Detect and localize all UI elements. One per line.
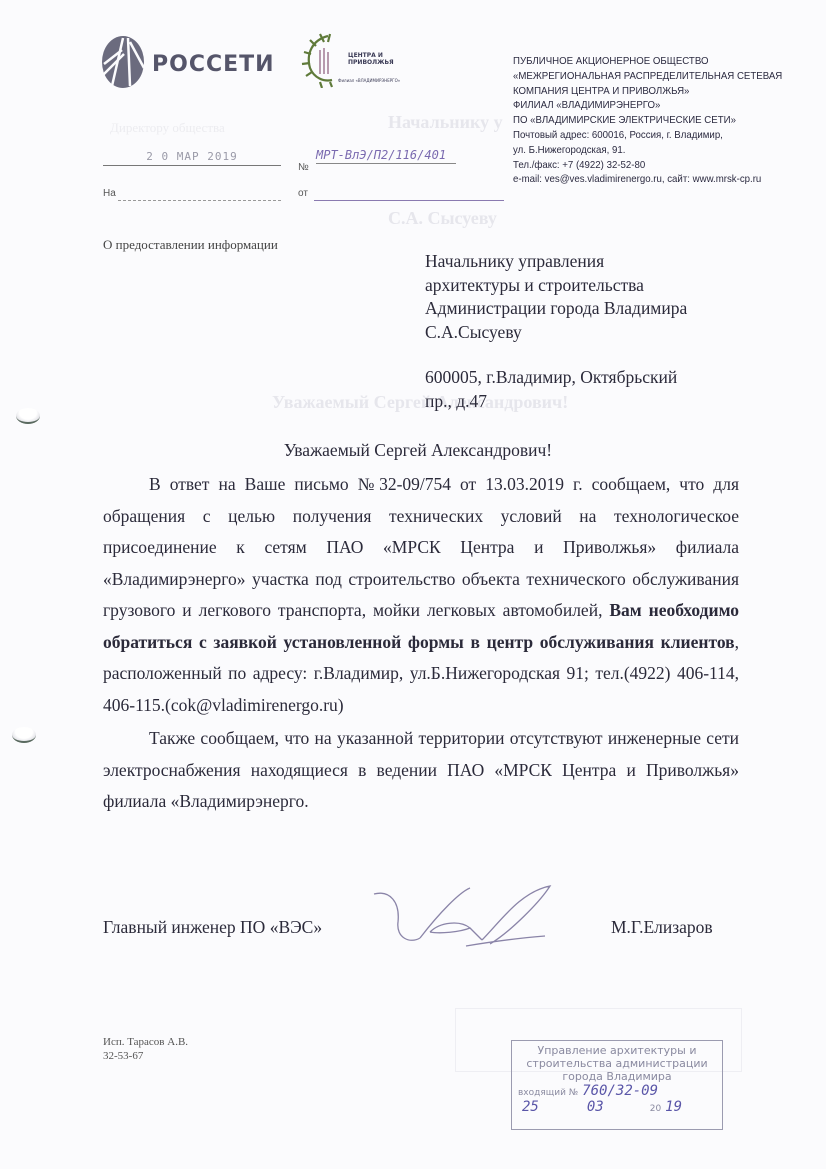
bleed-through-text: С.А. Сысуеву xyxy=(388,208,497,229)
mrsk-logo-line3: Филиал «ВЛАДИМИРЭНЕРГО» xyxy=(338,78,400,83)
addressee-block: Начальнику управления архитектуры и стро… xyxy=(425,250,687,413)
stamp-incoming-number: 760/32-09 xyxy=(582,1083,658,1099)
body-paragraph-1: В ответ на Ваше письмо №32-09/754 от 13.… xyxy=(103,469,739,721)
bleed-through-text: Директору общества xyxy=(110,120,225,136)
org-line: «МЕЖРЕГИОНАЛЬНАЯ РАСПРЕДЕЛИТЕЛЬНАЯ СЕТЕВ… xyxy=(513,69,782,84)
salutation: Уважаемый Сергей Александрович! xyxy=(0,440,826,461)
org-line: ФИЛИАЛ «ВЛАДИМИРЭНЕРГО» xyxy=(513,98,782,113)
stamp-year-prefix: 20 xyxy=(650,1104,661,1114)
outgoing-number-value: МРТ-ВлЭ/П2/116/401 xyxy=(316,148,506,162)
incoming-registration-stamp: Управление архитектуры и строительства а… xyxy=(511,1040,723,1130)
number-label: № xyxy=(298,162,309,173)
from-label: от xyxy=(298,188,308,199)
executor-phone: 32-53-67 xyxy=(103,1049,188,1063)
executor-name: Исп. Тарасов А.В. xyxy=(103,1035,188,1049)
mrsk-logo-line2: ПРИВОЛЖЬЯ xyxy=(348,59,394,66)
reference-line xyxy=(118,200,281,201)
signatory-name: М.Г.Елизаров xyxy=(611,917,713,938)
outgoing-date-field: 2 0 МАР 2019 xyxy=(103,150,281,166)
addressee-line: архитектуры и строительства xyxy=(425,274,687,298)
rosseti-logo: РОССЕТИ xyxy=(100,34,275,95)
mrsk-logo-icon xyxy=(298,30,340,93)
mrsk-logo-line1: ЦЕНТРА И xyxy=(348,52,383,59)
outgoing-number-field: МРТ-ВлЭ/П2/116/401 xyxy=(316,148,506,164)
executor-info: Исп. Тарасов А.В. 32-53-67 xyxy=(103,1035,188,1063)
stamp-line: строительства администрации xyxy=(512,1057,722,1070)
from-line xyxy=(314,200,504,201)
letter-body: В ответ на Ваше письмо №32-09/754 от 13.… xyxy=(103,469,739,818)
org-line: Тел./факс: +7 (4922) 32-52-80 xyxy=(513,158,782,173)
stamp-day: 25 xyxy=(522,1099,539,1115)
handwritten-signature-icon xyxy=(370,882,580,967)
stamp-incoming-label: входящий № xyxy=(518,1088,578,1098)
org-line: КОМПАНИЯ ЦЕНТРА И ПРИВОЛЖЬЯ» xyxy=(513,84,782,99)
org-line: ул. Б.Нижегородская, 91. xyxy=(513,143,782,158)
outgoing-date-value: 2 0 МАР 2019 xyxy=(103,150,281,163)
addressee-address-line: 600005, г.Владимир, Октябрьский xyxy=(425,366,687,390)
organization-info: ПУБЛИЧНОЕ АКЦИОНЕРНОЕ ОБЩЕСТВО «МЕЖРЕГИО… xyxy=(513,54,782,187)
punch-hole xyxy=(12,727,36,743)
reference-label: На xyxy=(103,188,116,199)
org-line: ПУБЛИЧНОЕ АКЦИОНЕРНОЕ ОБЩЕСТВО xyxy=(513,54,782,69)
addressee-line: Администрации города Владимира xyxy=(425,297,687,321)
punch-hole xyxy=(16,408,40,424)
addressee-line: Начальнику управления xyxy=(425,250,687,274)
letter-subject: О предоставлении информации xyxy=(103,237,278,253)
addressee-line: С.А.Сысуеву xyxy=(425,321,687,345)
stamp-line: Управление архитектуры и xyxy=(512,1044,722,1057)
mrsk-logo: ЦЕНТРА И ПРИВОЛЖЬЯ Филиал «ВЛАДИМИРЭНЕРГ… xyxy=(298,30,418,90)
org-line: ПО «ВЛАДИМИРСКИЕ ЭЛЕКТРИЧЕСКИЕ СЕТИ» xyxy=(513,113,782,128)
stamp-month: 03 xyxy=(587,1099,604,1115)
org-line: e-mail: ves@ves.vladimirenergo.ru, сайт:… xyxy=(513,172,782,187)
rosseti-logo-icon xyxy=(100,34,146,95)
stamp-year: 19 xyxy=(665,1099,682,1115)
bleed-through-text: Начальнику у xyxy=(388,112,503,133)
body-paragraph-2: Также сообщаем, что на указанной террито… xyxy=(103,723,739,818)
org-line: Почтовый адрес: 600016, Россия, г. Влади… xyxy=(513,128,782,143)
addressee-address-line: пр., д.47 xyxy=(425,390,687,414)
signatory-position: Главный инженер ПО «ВЭС» xyxy=(103,917,322,938)
rosseti-logo-text: РОССЕТИ xyxy=(152,52,275,77)
stamp-line: города Владимира xyxy=(512,1070,722,1083)
